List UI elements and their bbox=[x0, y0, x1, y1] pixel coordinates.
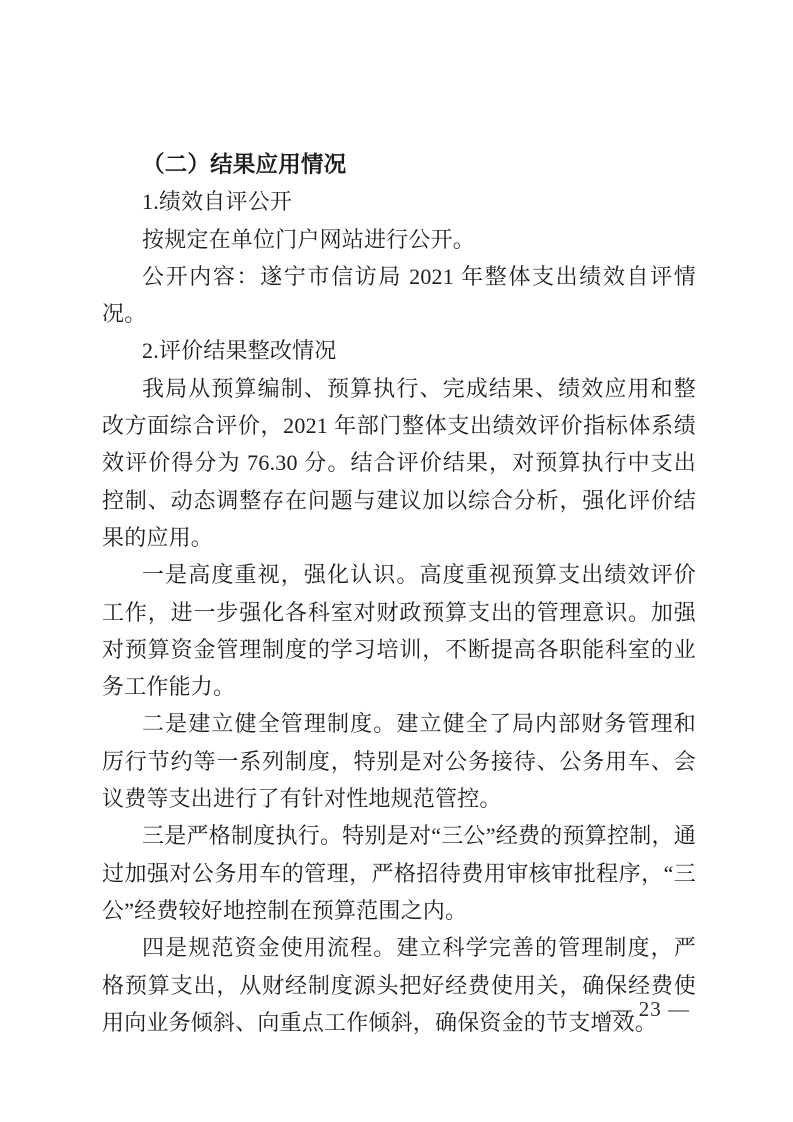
paragraph-measure-two: 二是建立健全管理制度。建立健全了局内部财务管理和厉行节约等一系列制度，特别是对公… bbox=[102, 705, 696, 817]
paragraph-evaluation-score: 我局从预算编制、预算执行、完成结果、绩效应用和整改方面综合评价，2021 年部门… bbox=[102, 370, 696, 556]
paragraph-measure-one: 一是高度重视，强化认识。高度重视预算支出绩效评价工作，进一步强化各科室对财政预算… bbox=[102, 556, 696, 705]
section-heading: （二）结果应用情况 bbox=[102, 146, 696, 183]
paragraph-disclosure-content: 公开内容：遂宁市信访局 2021 年整体支出绩效自评情况。 bbox=[102, 258, 696, 333]
paragraph-performance-self-eval-title: 1.绩效自评公开 bbox=[102, 183, 696, 220]
paragraph-rectification-title: 2.评价结果整改情况 bbox=[102, 332, 696, 369]
document-page: （二）结果应用情况 1.绩效自评公开 按规定在单位门户网站进行公开。 公开内容：… bbox=[0, 0, 793, 1122]
document-body: （二）结果应用情况 1.绩效自评公开 按规定在单位门户网站进行公开。 公开内容：… bbox=[102, 146, 696, 1041]
paragraph-measure-four: 四是规范资金使用流程。建立科学完善的管理制度，严格预算支出，从财经制度源头把好经… bbox=[102, 929, 696, 1041]
paragraph-measure-three: 三是严格制度执行。特别是对“三公”经费的预算控制，通过加强对公务用车的管理，严格… bbox=[102, 817, 696, 929]
page-number: — 23 — bbox=[611, 997, 691, 1021]
page-footer: — 23 — bbox=[96, 994, 690, 1024]
paragraph-disclosure-method: 按规定在单位门户网站进行公开。 bbox=[102, 221, 696, 258]
